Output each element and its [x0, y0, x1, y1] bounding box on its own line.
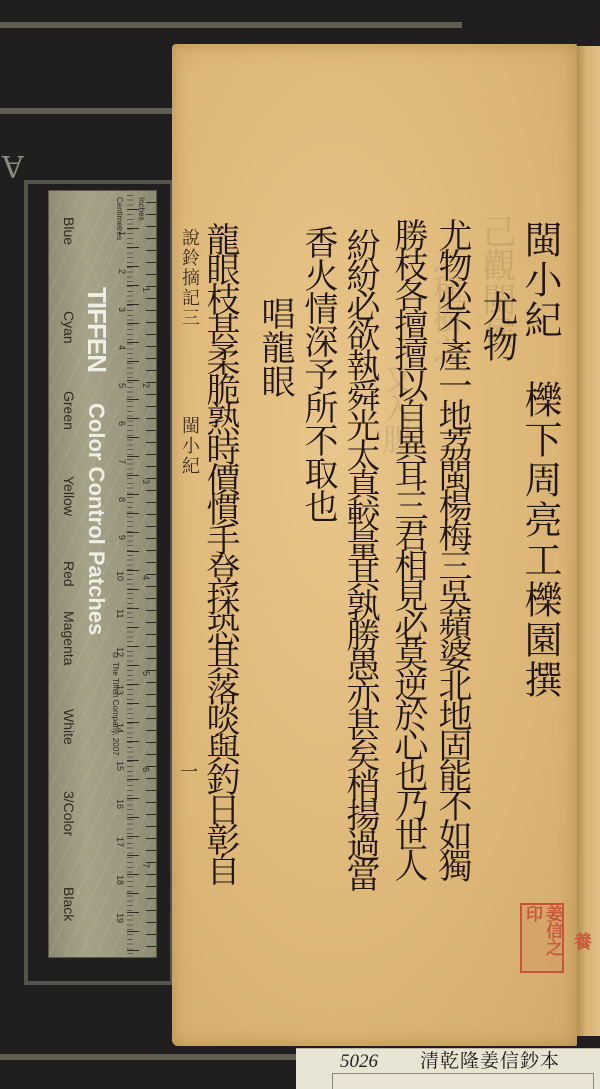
ruler-tagline: Color Control Patches: [83, 403, 109, 635]
label-box: [332, 1073, 594, 1089]
text-column: 尤物必不產一地荔閩楊梅三吳蘋婆北地固能不如獨: [432, 218, 472, 878]
color-patch-labels: Blue Cyan Green Yellow Red Magenta White…: [51, 191, 77, 957]
next-page-edge: [577, 46, 600, 1036]
cm-mark: 6: [117, 421, 127, 426]
text-column: 紛紛必欲執舜光太真較量其孰勝愚亦甚矣梢揚過當: [340, 228, 380, 888]
cm-mark: 11: [115, 609, 125, 618]
patch-label: 3/Color: [51, 791, 77, 836]
seal-text: 姜信之印: [522, 905, 562, 971]
cm-mark: 2: [117, 269, 127, 274]
ruler-copyright: © The Tiffen Company, 2007: [111, 651, 120, 756]
patch-label: White: [51, 709, 77, 745]
cm-mark: 1: [117, 231, 127, 236]
cm-mark: 12: [115, 647, 125, 657]
patch-label: Red: [51, 561, 77, 587]
color-control-ruler: Blue Cyan Green Yellow Red Magenta White…: [48, 190, 157, 958]
cm-mark: 9: [117, 535, 127, 540]
cm-mark: 17: [115, 837, 125, 847]
text-column: 龍眼枝甚柔脆熟時價慣手登採恐其落啖與釣日彰自: [200, 222, 240, 882]
mat-line-top: [0, 22, 462, 28]
patch-label: Blue: [51, 217, 77, 245]
margin-note-title: 閩小紀: [178, 416, 200, 476]
patch-label: Cyan: [51, 311, 77, 344]
book-title-column: 閩小紀 櫟下周亮工櫟園撰: [518, 220, 562, 700]
mat-line-mid: [0, 108, 175, 114]
cm-mark: 8: [117, 497, 127, 502]
cm-mark: 19: [115, 913, 125, 923]
ruler-inch-ticks: [146, 191, 156, 957]
folio-number: 一: [176, 762, 198, 780]
collector-seal: 姜信之印: [520, 903, 564, 973]
collector-seal-partial: 養: [566, 906, 596, 976]
mat-line-bottom: [0, 1054, 296, 1060]
cm-mark: 5: [117, 383, 127, 388]
cm-mark: 16: [115, 799, 125, 809]
patch-label: Green: [51, 391, 77, 430]
catalog-title: 清乾隆姜信鈔本: [420, 1046, 560, 1073]
mat-letter: A: [2, 148, 24, 183]
text-column: 勝枝各擅擅以自異耳三君相見必莫逆於心也乃世人: [388, 218, 428, 878]
cm-mark: 4: [117, 345, 127, 350]
heading-column: 唱龍眼: [255, 296, 295, 398]
cm-mark: 18: [115, 875, 125, 885]
cm-mark: 15: [115, 761, 125, 771]
heading-column: 尤物: [476, 290, 518, 362]
cm-mark: 3: [117, 307, 127, 312]
cm-mark: 14: [115, 723, 125, 733]
cm-mark: 7: [117, 459, 127, 464]
text-column: 香火情深予所不取也: [298, 225, 338, 522]
cm-mark: 10: [115, 571, 125, 581]
patch-label: Magenta: [51, 611, 77, 665]
patch-label: Black: [51, 887, 77, 921]
margin-note-series: 說鈴摘記三: [178, 228, 200, 328]
ruler-brand: TIFFEN: [81, 287, 112, 372]
seal-text: 養: [571, 932, 591, 950]
catalog-number: 5026: [340, 1051, 378, 1073]
cm-mark: 13: [115, 685, 125, 695]
patch-label: Yellow: [51, 476, 77, 516]
